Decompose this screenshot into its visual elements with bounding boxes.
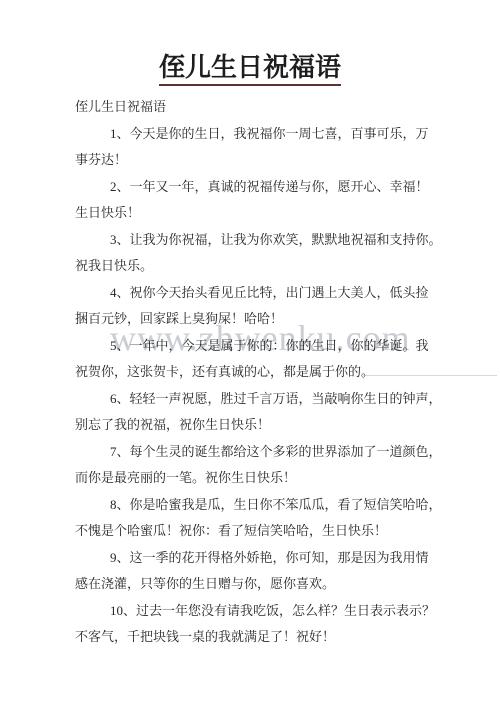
- paragraph-line: 感在浇灌，只等你的生日赠与你，愿你喜欢。: [75, 576, 335, 591]
- paragraph-line: 5、一年中，今天是属于你的：你的生日，你的华诞。我: [110, 338, 429, 353]
- body-heading: 侄儿生日祝福语: [75, 94, 455, 120]
- paragraph-line: 6、轻轻一声祝愿，胜过千言万语，当敲响你生日的钟声，: [110, 391, 442, 406]
- paragraph-5: 5、一年中，今天是属于你的：你的生日，你的华诞。我祝贺你，这张贺卡，还有真诚的心…: [75, 333, 455, 385]
- paragraph-line: 10、过去一年您没有请我吃饭，怎么样？生日表示表示？: [110, 603, 435, 618]
- paragraph-line: 7、每个生灵的诞生都给这个多彩的世界添加了一道颜色，: [110, 444, 442, 459]
- paragraph-10: 10、过去一年您没有请我吃饭，怎么样？生日表示表示？不客气，千把块钱一桌的我就满…: [75, 598, 455, 650]
- page-title-text: 侄儿生日祝福语: [159, 53, 341, 86]
- paragraph-line: 祝贺你，这张贺卡，还有真诚的心，都是属于你的。: [75, 364, 374, 379]
- paragraph-line: 1、今天是你的生日，我祝福你一周七喜，百事可乐，万: [110, 126, 429, 141]
- paragraph-line: 4、祝你今天抬头看见丘比特，出门遇上大美人，低头捡: [110, 285, 429, 300]
- paragraph-4: 4、祝你今天抬头看见丘比特，出门遇上大美人，低头捡捆百元钞，回家踩上臭狗屎！哈哈…: [75, 280, 455, 332]
- paragraph-line: 别忘了我的祝福，祝你生日快乐！: [75, 417, 270, 432]
- paragraph-line: 3、让我为你祝福，让我为你欢笑，默默地祝福和支持你。: [110, 232, 442, 247]
- paragraph-line: 不客气，千把块钱一桌的我就满足了！祝好！: [75, 629, 335, 644]
- paragraph-line: 而你是最亮丽的一笔。祝你生日快乐！: [75, 470, 296, 485]
- paragraph-7: 7、每个生灵的诞生都给这个多彩的世界添加了一道颜色，而你是最亮丽的一笔。祝你生日…: [75, 439, 455, 491]
- paragraph-line: 事芬达！: [75, 152, 127, 167]
- paragraph-list: 1、今天是你的生日，我祝福你一周七喜，百事可乐，万事芬达！2、一年又一年，真诚的…: [75, 121, 455, 650]
- paragraph-9: 9、这一季的花开得格外娇艳，你可知，那是因为我用情感在浇灌，只等你的生日赠与你，…: [75, 545, 455, 597]
- paragraph-line: 9、这一季的花开得格外娇艳，你可知，那是因为我用情: [110, 550, 429, 565]
- document-page: 侄儿生日祝福语 www.zhwenku.com 侄儿生日祝福语 1、今天是你的生…: [0, 0, 500, 708]
- paragraph-line: 2、一年又一年，真诚的祝福传递与你，愿开心、幸福！: [110, 179, 429, 194]
- page-title: 侄儿生日祝福语: [0, 53, 500, 86]
- paragraph-1: 1、今天是你的生日，我祝福你一周七喜，百事可乐，万事芬达！: [75, 121, 455, 173]
- paragraph-3: 3、让我为你祝福，让我为你欢笑，默默地祝福和支持你。祝我日快乐。: [75, 227, 455, 279]
- paragraph-6: 6、轻轻一声祝愿，胜过千言万语，当敲响你生日的钟声，别忘了我的祝福，祝你生日快乐…: [75, 386, 455, 438]
- paragraph-8: 8、你是哈蜜我是瓜，生日你不笨瓜瓜，看了短信笑哈哈，不愧是个哈蜜瓜！祝你：看了短…: [75, 492, 455, 544]
- paragraph-line: 生日快乐！: [75, 205, 140, 220]
- document-body: 侄儿生日祝福语 1、今天是你的生日，我祝福你一周七喜，百事可乐，万事芬达！2、一…: [75, 94, 455, 651]
- paragraph-line: 捆百元钞，回家踩上臭狗屎！哈哈！: [75, 311, 283, 326]
- paragraph-line: 祝我日快乐。: [75, 258, 153, 273]
- paragraph-2: 2、一年又一年，真诚的祝福传递与你，愿开心、幸福！生日快乐！: [75, 174, 455, 226]
- paragraph-line: 不愧是个哈蜜瓜！祝你：看了短信笑哈哈，生日快乐！: [75, 523, 387, 538]
- paragraph-line: 8、你是哈蜜我是瓜，生日你不笨瓜瓜，看了短信笑哈哈，: [110, 497, 442, 512]
